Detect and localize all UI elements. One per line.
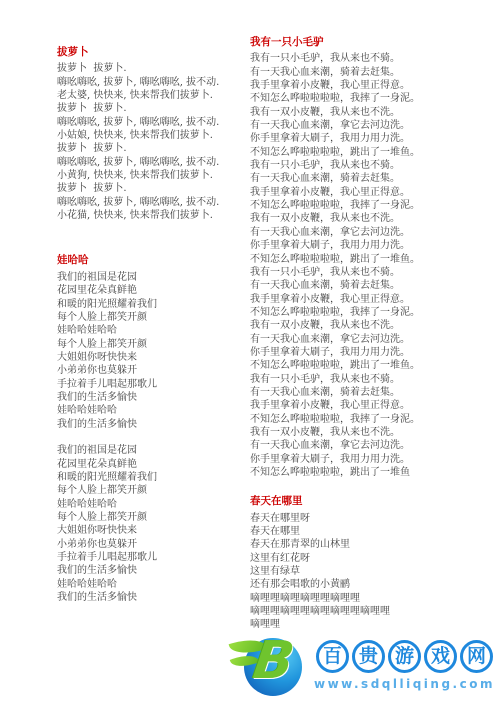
song-line: 大姐姐你呀快快来 <box>57 351 245 364</box>
song-line: 不知怎么哗啦啦啦啦，跳出了一堆鱼 <box>250 466 496 479</box>
song-line: 小花猫, 快快来, 快来帮我们拔萝卜. <box>57 209 245 222</box>
song-line: 有一天我心血来潮，骑着去赶集。 <box>250 66 496 79</box>
song-line: 每个人脸上都笑开颜 <box>57 311 245 324</box>
song-section: 娃哈哈我们的祖国是花园花园里花朵真鲜艳和暖的阳光照耀着我们每个人脸上都笑开颜娃哈… <box>57 254 245 604</box>
song-line: 每个人脸上都笑开颜 <box>57 484 245 497</box>
song-section: 春天在哪里春天在哪里呀春天在哪里春天在那青翠的山林里这里有红花呀这里有绿草还有那… <box>250 495 496 631</box>
site-logo-icon: B <box>230 630 312 700</box>
song-line: 不知怎么哗啦啦啦啦，跳出了一堆鱼。 <box>250 253 496 266</box>
song-line: 和暖的阳光照耀着我们 <box>57 471 245 484</box>
song-line: 嗨吆嗨吆, 拔萝卜, 嗨吆嗨吆, 拔不动. <box>57 156 245 169</box>
song-line: 不知怎么哗啦啦啦啦，跳出了一堆鱼。 <box>250 359 496 372</box>
song-title: 春天在哪里 <box>250 495 496 508</box>
song-line: 小弟弟你也莫躲开 <box>57 364 245 377</box>
document-page: 拔萝卜拔萝卜 拔萝卜.嗨吆嗨吆, 拔萝卜, 嗨吆嗨吆, 拔不动.老太婆, 快快来… <box>0 0 496 702</box>
song-line: 我们的祖国是花园 <box>57 271 245 284</box>
song-line: 手拉着手儿唱起那歌儿 <box>57 378 245 391</box>
song-line: 拔萝卜 拔萝卜. <box>57 142 245 155</box>
song-line: 春天在那青翠的山林里 <box>250 538 496 551</box>
song-stanza: 春天在哪里呀春天在哪里春天在那青翠的山林里这里有红花呀这里有绿草还有那会唱歌的小… <box>250 512 496 632</box>
song-line: 不知怎么哗啦啦啦啦，我摔了一身泥。 <box>250 306 496 319</box>
song-line: 你手里拿着大刷子，我用力用力洗。 <box>250 346 496 359</box>
song-line: 你手里拿着大刷子，我用力用力洗。 <box>250 239 496 252</box>
song-line: 我有一只小毛驴，我从来也不骑。 <box>250 373 496 386</box>
song-line: 老太婆, 快快来, 快来帮我们拔萝卜. <box>57 89 245 102</box>
song-line: 你手里拿着大刷子，我用力用力洗。 <box>250 132 496 145</box>
site-watermark: B 百贵游戏网 www.sdqlliqing.com <box>230 630 496 700</box>
song-line: 嗨吆嗨吆, 拔萝卜, 嗨吆嗨吆, 拔不动. <box>57 196 245 209</box>
song-title: 拔萝卜 <box>57 46 245 59</box>
song-line: 不知怎么哗啦啦啦啦，我摔了一身泥。 <box>250 413 496 426</box>
left-column: 拔萝卜拔萝卜 拔萝卜.嗨吆嗨吆, 拔萝卜, 嗨吆嗨吆, 拔不动.老太婆, 快快来… <box>57 46 245 636</box>
song-line: 每个人脸上都笑开颜 <box>57 511 245 524</box>
song-line: 我有一只小毛驴，我从来也不骑。 <box>250 266 496 279</box>
song-line: 我手里拿着小皮鞭，我心里正得意。 <box>250 293 496 306</box>
song-line: 有一天我心血来潮，拿它去河边洗。 <box>250 119 496 132</box>
song-line: 我有一双小皮鞭，我从来也不洗。 <box>250 106 496 119</box>
song-line: 春天在哪里 <box>250 525 496 538</box>
song-line: 有一天我心血来潮，拿它去河边洗。 <box>250 226 496 239</box>
song-line: 我手里拿着小皮鞭，我心里正得意。 <box>250 79 496 92</box>
song-line: 和暖的阳光照耀着我们 <box>57 298 245 311</box>
song-line: 小黄狗, 快快来, 快来帮我们拔萝卜. <box>57 169 245 182</box>
song-line: 还有那会唱歌的小黄鹂 <box>250 578 496 591</box>
song-line: 有一天我心血来潮，骑着去赶集。 <box>250 279 496 292</box>
song-title: 我有一只小毛驴 <box>250 36 496 49</box>
song-stanza: 我有一只小毛驴，我从来也不骑。有一天我心血来潮，骑着去赶集。我手里拿着小皮鞭，我… <box>250 52 496 479</box>
song-section: 拔萝卜拔萝卜 拔萝卜.嗨吆嗨吆, 拔萝卜, 嗨吆嗨吆, 拔不动.老太婆, 快快来… <box>57 46 245 222</box>
logo-letter: B <box>250 631 298 691</box>
song-line: 拔萝卜 拔萝卜. <box>57 102 245 115</box>
song-line: 花园里花朵真鲜艳 <box>57 284 245 297</box>
site-name-char: 戏 <box>424 640 457 673</box>
song-stanza: 我们的祖国是花园花园里花朵真鲜艳和暖的阳光照耀着我们每个人脸上都笑开颜娃哈哈娃哈… <box>57 444 245 604</box>
song-line: 我们的生活多愉快 <box>57 564 245 577</box>
song-line: 娃哈哈娃哈哈 <box>57 578 245 591</box>
site-url[interactable]: www.sdqlliqing.com <box>314 677 495 691</box>
song-line: 不知怎么哗啦啦啦啦，我摔了一身泥。 <box>250 92 496 105</box>
song-line: 有一天我心血来潮，拿它去河边洗。 <box>250 439 496 452</box>
song-line: 嗨吆嗨吆, 拔萝卜, 嗨吆嗨吆, 拔不动. <box>57 76 245 89</box>
song-line: 娃哈哈娃哈哈 <box>57 404 245 417</box>
song-line: 我有一双小皮鞭，我从来也不洗。 <box>250 319 496 332</box>
song-line: 嘀哩哩嘀哩嘀哩哩嘀哩哩 <box>250 592 496 605</box>
song-line: 花园里花朵真鲜艳 <box>57 458 245 471</box>
song-line: 我们的祖国是花园 <box>57 444 245 457</box>
song-line: 我们的生活多愉快 <box>57 591 245 604</box>
song-line: 拔萝卜 拔萝卜. <box>57 62 245 75</box>
site-logo-text-block: 百贵游戏网 www.sdqlliqing.com <box>314 630 495 691</box>
song-line: 我们的生活多愉快 <box>57 391 245 404</box>
song-line: 我有一双小皮鞭，我从来也不洗。 <box>250 426 496 439</box>
song-line: 有一天我心血来潮，骑着去赶集。 <box>250 172 496 185</box>
song-line: 嘀哩哩嘀哩哩嘀哩嘀哩哩嘀哩哩 <box>250 605 496 618</box>
site-name-char: 网 <box>460 640 493 673</box>
song-stanza: 我们的祖国是花园花园里花朵真鲜艳和暖的阳光照耀着我们每个人脸上都笑开颜娃哈哈娃哈… <box>57 271 245 431</box>
song-line: 这里有绿草 <box>250 565 496 578</box>
song-line: 小弟弟你也莫躲开 <box>57 538 245 551</box>
site-name: 百贵游戏网 <box>316 640 493 673</box>
song-line: 娃哈哈娃哈哈 <box>57 498 245 511</box>
right-column: 我有一只小毛驴我有一只小毛驴，我从来也不骑。有一天我心血来潮，骑着去赶集。我手里… <box>250 36 496 648</box>
song-line: 你手里拿着大刷子，我用力用力洗。 <box>250 453 496 466</box>
site-name-char: 游 <box>388 640 421 673</box>
song-line: 有一天我心血来潮，拿它去河边洗。 <box>250 333 496 346</box>
song-line: 手拉着手儿唱起那歌儿 <box>57 551 245 564</box>
song-section: 我有一只小毛驴我有一只小毛驴，我从来也不骑。有一天我心血来潮，骑着去赶集。我手里… <box>250 36 496 479</box>
site-name-char: 贵 <box>352 640 385 673</box>
song-line: 这里有红花呀 <box>250 552 496 565</box>
song-line: 每个人脸上都笑开颜 <box>57 338 245 351</box>
song-stanza: 拔萝卜 拔萝卜.嗨吆嗨吆, 拔萝卜, 嗨吆嗨吆, 拔不动.老太婆, 快快来, 快… <box>57 62 245 222</box>
song-line: 不知怎么哗啦啦啦啦，跳出了一堆鱼。 <box>250 146 496 159</box>
song-line: 我手里拿着小皮鞭，我心里正得意。 <box>250 399 496 412</box>
song-line: 我有一只小毛驴，我从来也不骑。 <box>250 52 496 65</box>
song-line: 大姐姐你呀快快来 <box>57 524 245 537</box>
song-line: 我有一只小毛驴，我从来也不骑。 <box>250 159 496 172</box>
song-line: 不知怎么哗啦啦啦啦，我摔了一身泥。 <box>250 199 496 212</box>
song-line: 拔萝卜 拔萝卜. <box>57 182 245 195</box>
song-line: 娃哈哈娃哈哈 <box>57 324 245 337</box>
song-line: 我手里拿着小皮鞭，我心里正得意。 <box>250 186 496 199</box>
song-line: 我们的生活多愉快 <box>57 418 245 431</box>
song-title: 娃哈哈 <box>57 254 245 267</box>
song-line: 嗨吆嗨吆, 拔萝卜, 嗨吆嗨吆, 拔不动. <box>57 116 245 129</box>
song-line: 春天在哪里呀 <box>250 512 496 525</box>
song-line: 小姑娘, 快快来, 快来帮我们拔萝卜. <box>57 129 245 142</box>
song-line: 有一天我心血来潮，骑着去赶集。 <box>250 386 496 399</box>
song-line: 我有一双小皮鞭，我从来也不洗。 <box>250 212 496 225</box>
site-name-char: 百 <box>316 640 349 673</box>
